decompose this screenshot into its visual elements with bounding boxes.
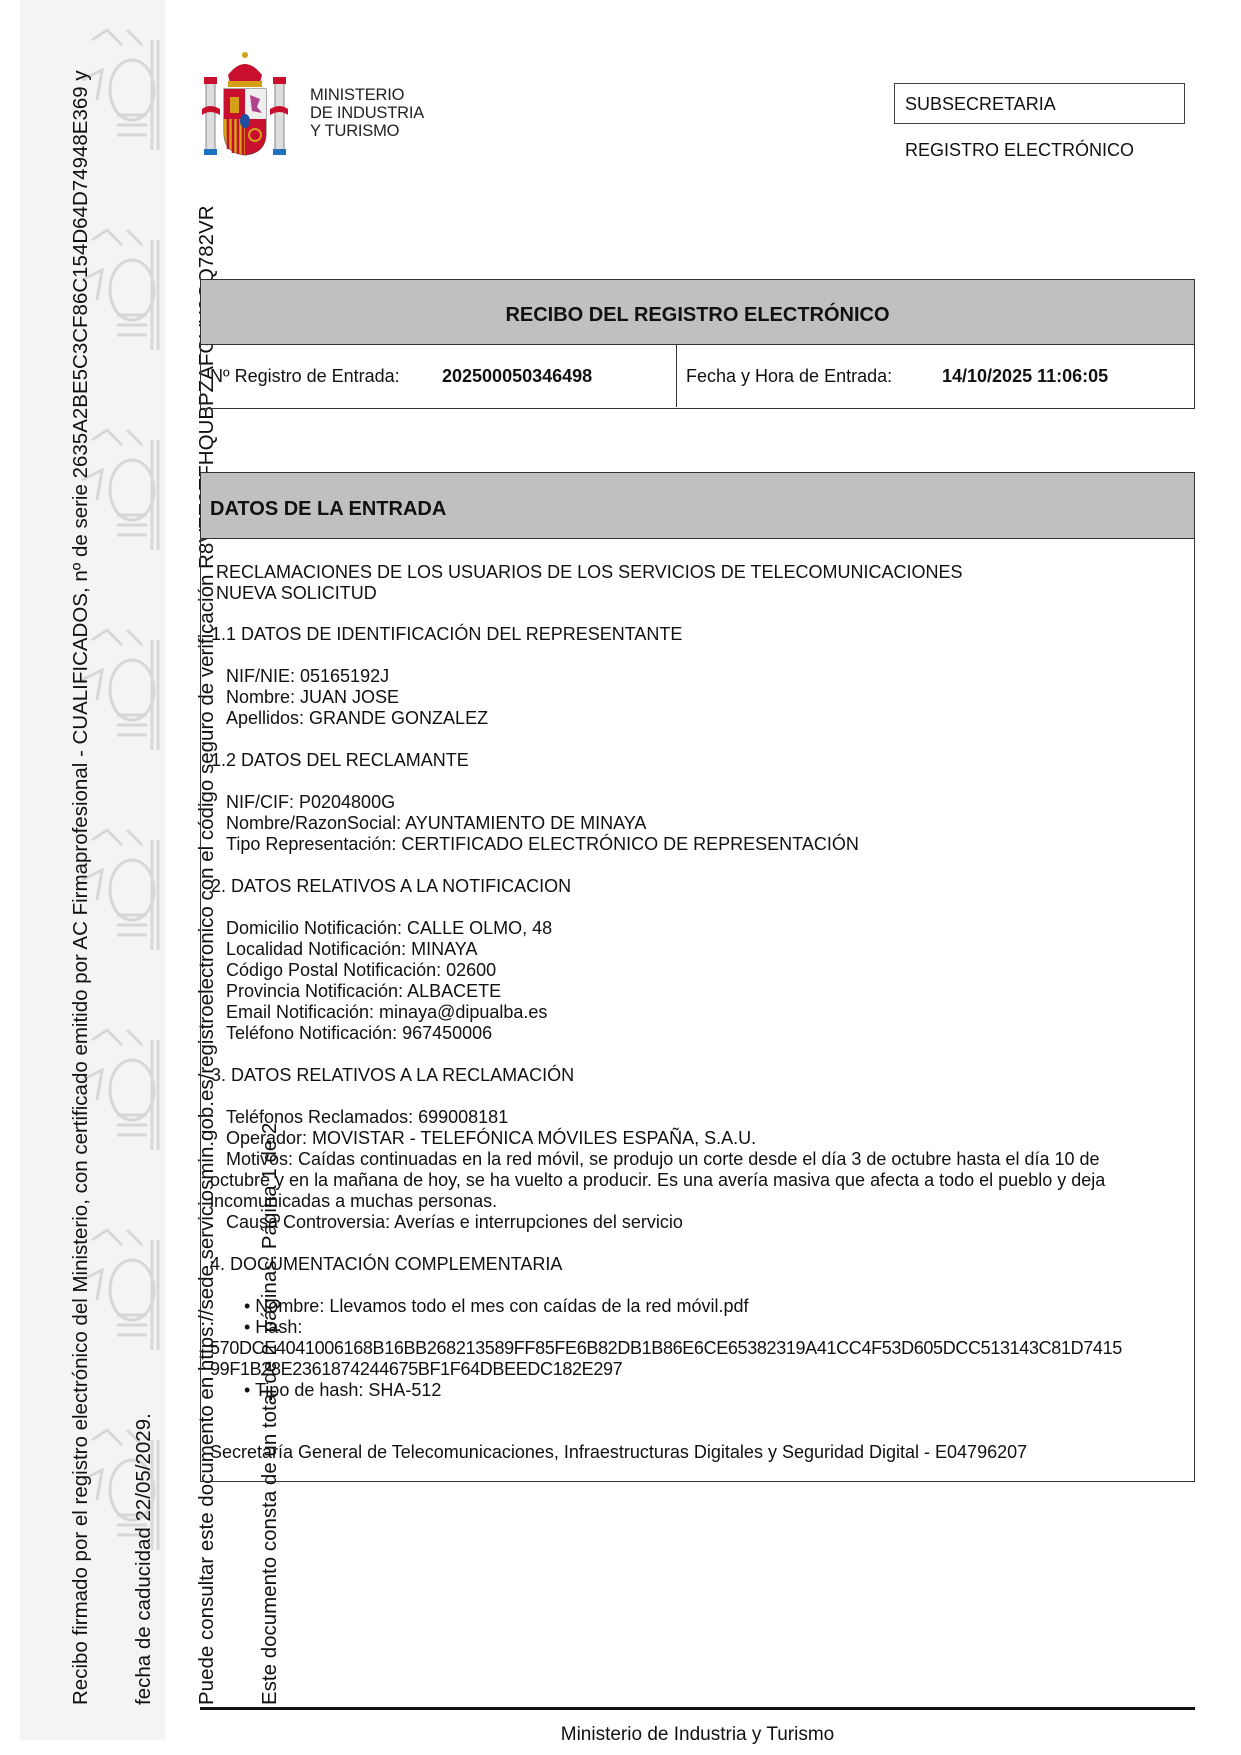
procedure-name: RECLAMACIONES DE LOS USUARIOS DE LOS SER… (216, 562, 963, 583)
hash-label: • Hash: (244, 1317, 302, 1338)
spain-coat-of-arms-icon (200, 45, 290, 160)
registro-electronico-label: REGISTRO ELECTRÓNICO (905, 140, 1134, 161)
email-field-line: Email Notificación: minaya@dipualba.es (226, 1002, 547, 1023)
expiry-line: fecha de caducidad 22/05/2029. (133, 5, 154, 1705)
receipt-data-row: Nº Registro de Entrada: 202500050346498 … (201, 345, 1194, 407)
hash-value: 99F1B28E2361874244675BF1F64DBEEDC182E297 (210, 1359, 622, 1380)
registro-number-label: Nº Registro de Entrada: (210, 366, 442, 387)
field-line: NIF/NIE: 05165192J (226, 666, 389, 687)
receipt-box: RECIBO DEL REGISTRO ELECTRÓNICO Nº Regis… (200, 279, 1195, 409)
section-title: 2. DATOS RELATIVOS A LA NOTIFICACION (211, 876, 571, 897)
request-type: NUEVA SOLICITUD (216, 583, 377, 604)
field-line: Código Postal Notificación: 02600 (226, 960, 496, 981)
section-title: 1.2 DATOS DEL RECLAMANTE (211, 750, 469, 771)
ministry-name-line: Y TURISMO (310, 122, 424, 140)
fecha-hora-cell: Fecha y Hora de Entrada: 14/10/2025 11:0… (677, 345, 1194, 407)
datos-entrada-body: RECLAMACIONES DE LOS USUARIOS DE LOS SER… (201, 539, 1194, 1481)
field-line: Apellidos: GRANDE GONZALEZ (226, 708, 488, 729)
registro-number-value: 202500050346498 (442, 366, 592, 387)
field-line: Teléfonos Reclamados: 699008181 (226, 1107, 508, 1128)
field-line: Nombre/RazonSocial: AYUNTAMIENTO DE MINA… (226, 813, 646, 834)
motivos-line: Motivos: Caídas continuadas en la red mó… (226, 1149, 1100, 1170)
field-line: Tipo Representación: CERTIFICADO ELECTRÓ… (226, 834, 859, 855)
hash-type: • Tipo de hash: SHA-512 (244, 1380, 441, 1401)
section-title: 1.1 DATOS DE IDENTIFICACIÓN DEL REPRESEN… (211, 624, 682, 645)
receipt-title: RECIBO DEL REGISTRO ELECTRÓNICO (201, 280, 1194, 345)
ministry-name: MINISTERIO DE INDUSTRIA Y TURISMO (310, 86, 424, 140)
field-line: Provincia Notificación: ALBACETE (226, 981, 501, 1002)
field-line: Localidad Notificación: MINAYA (226, 939, 477, 960)
signature-line: Recibo firmado por el registro electróni… (70, 5, 91, 1705)
ministry-name-line: MINISTERIO (310, 86, 424, 104)
subsecretaria-box: SUBSECRETARIA (894, 83, 1185, 124)
fecha-hora-label: Fecha y Hora de Entrada: (686, 366, 942, 387)
field-line: Nombre: JUAN JOSE (226, 687, 399, 708)
destination-unit: Secretaría General de Telecomunicaciones… (210, 1442, 1027, 1463)
subsecretaria-label: SUBSECRETARIA (905, 94, 1056, 115)
fecha-hora-value: 14/10/2025 11:06:05 (942, 366, 1108, 387)
datos-entrada-title: DATOS DE LA ENTRADA (201, 473, 1194, 539)
registro-number-cell: Nº Registro de Entrada: 202500050346498 (201, 345, 677, 407)
ministry-name-line: DE INDUSTRIA (310, 104, 424, 122)
footer-divider (200, 1707, 1195, 1710)
attachment-name: • Nombre: Llevamos todo el mes con caída… (244, 1296, 749, 1317)
field-line: Domicilio Notificación: CALLE OLMO, 48 (226, 918, 552, 939)
footer-ministry: Ministerio de Industria y Turismo (0, 1724, 1241, 1746)
section-title: 3. DATOS RELATIVOS A LA RECLAMACIÓN (211, 1065, 574, 1086)
field-line: Operador: MOVISTAR - TELEFÓNICA MÓVILES … (226, 1128, 756, 1149)
field-line: NIF/CIF: P0204800G (226, 792, 395, 813)
field-line: Teléfono Notificación: 967450006 (226, 1023, 492, 1044)
datos-entrada-box: DATOS DE LA ENTRADA RECLAMACIONES DE LOS… (200, 472, 1195, 1482)
motivos-line: incomunicadas a muchas personas. (210, 1191, 497, 1212)
hash-value: 570DCE4041006168B16BB268213589FF85FE6B82… (210, 1338, 1122, 1359)
field-line: Causa Controversia: Averías e interrupci… (226, 1212, 683, 1233)
section-title: 4. DOCUMENTACIÓN COMPLEMENTARIA (210, 1254, 562, 1275)
motivos-line: octubre y en la mañana de hoy, se ha vue… (210, 1170, 1105, 1191)
